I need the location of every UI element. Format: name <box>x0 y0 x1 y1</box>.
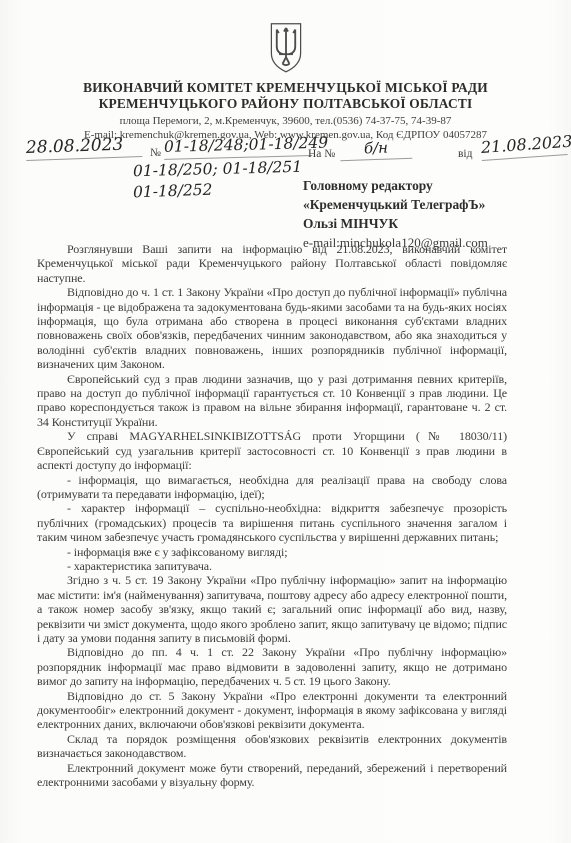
scanned-letter-page: ВИКОНАВЧИЙ КОМІТЕТ КРЕМЕНЧУЦЬКОЇ МІСЬКОЇ… <box>0 0 571 843</box>
org-name-line2: КРЕМЕНЧУЦЬКОГО РАЙОНУ ПОЛТАВСЬКОЇ ОБЛАСТ… <box>0 96 571 112</box>
org-name-line1: ВИКОНАВЧИЙ КОМІТЕТ КРЕМЕНЧУЦЬКОЇ МІСЬКОЇ… <box>0 80 571 96</box>
trident-icon <box>266 22 306 74</box>
letterhead: ВИКОНАВЧИЙ КОМІТЕТ КРЕМЕНЧУЦЬКОЇ МІСЬКОЇ… <box>0 0 571 141</box>
body-paragraph: - характеристика запитувача. <box>37 559 507 573</box>
body-paragraph: Склад та порядок розміщення обов'язкових… <box>37 732 507 761</box>
body-paragraph: Розглянувши Ваші запити на інформацію ві… <box>37 242 507 285</box>
recipient-name: Ользі МІНЧУК <box>303 214 488 233</box>
reply-date-handwritten: 21.08.2023 <box>480 132 567 161</box>
body-paragraph: - інформація, що вимагається, необхідна … <box>37 473 507 502</box>
body-paragraph: У справі MAGYARHELSINKIBIZOTTSÁG проти У… <box>37 429 507 472</box>
body-paragraph: Відповідно до пп. 4 ч. 1 ст. 22 Закону У… <box>37 645 507 688</box>
reply-number-label: На № <box>308 148 335 160</box>
doc-numbers-line3-handwritten: 01-18/252 <box>133 181 213 202</box>
letterhead-address: площа Перемоги, 2, м.Кременчук, 39600, т… <box>0 115 571 128</box>
doc-numbers-line1-handwritten: 01-18/248;01-18/249 <box>164 134 313 160</box>
body-paragraph: - характер інформації – суспільно-необхі… <box>37 501 507 544</box>
doc-number-label: № <box>150 147 161 159</box>
letter-body: Розглянувши Ваші запити на інформацію ві… <box>37 242 507 789</box>
body-paragraph: Згідно з ч. 5 ст. 19 Закону України «Про… <box>37 573 507 645</box>
recipient-block: Головному редактору «Кременчуцький Телег… <box>303 176 488 252</box>
outgoing-date-handwritten: 28.08.2023 <box>26 134 143 161</box>
doc-numbers-line2-handwritten: 01-18/250; 01-18/251 <box>133 158 303 180</box>
body-paragraph: Електронний документ може бути створений… <box>37 761 507 790</box>
body-paragraph: Європейський суд з прав людини зазначив,… <box>37 372 507 430</box>
reply-number-handwritten: б/н <box>340 138 413 161</box>
body-paragraph: Відповідно до ч. 1 ст. 1 Закону України … <box>37 285 507 371</box>
recipient-organization: «Кременчуцький ТелеграфЪ» <box>303 195 488 214</box>
body-paragraph: - інформація вже є у зафіксованому вигля… <box>37 545 507 559</box>
reply-date-label: від <box>458 148 472 160</box>
recipient-title: Головному редактору <box>303 176 488 195</box>
body-paragraph: Відповідно до ст. 5 Закону України «Про … <box>37 689 507 732</box>
